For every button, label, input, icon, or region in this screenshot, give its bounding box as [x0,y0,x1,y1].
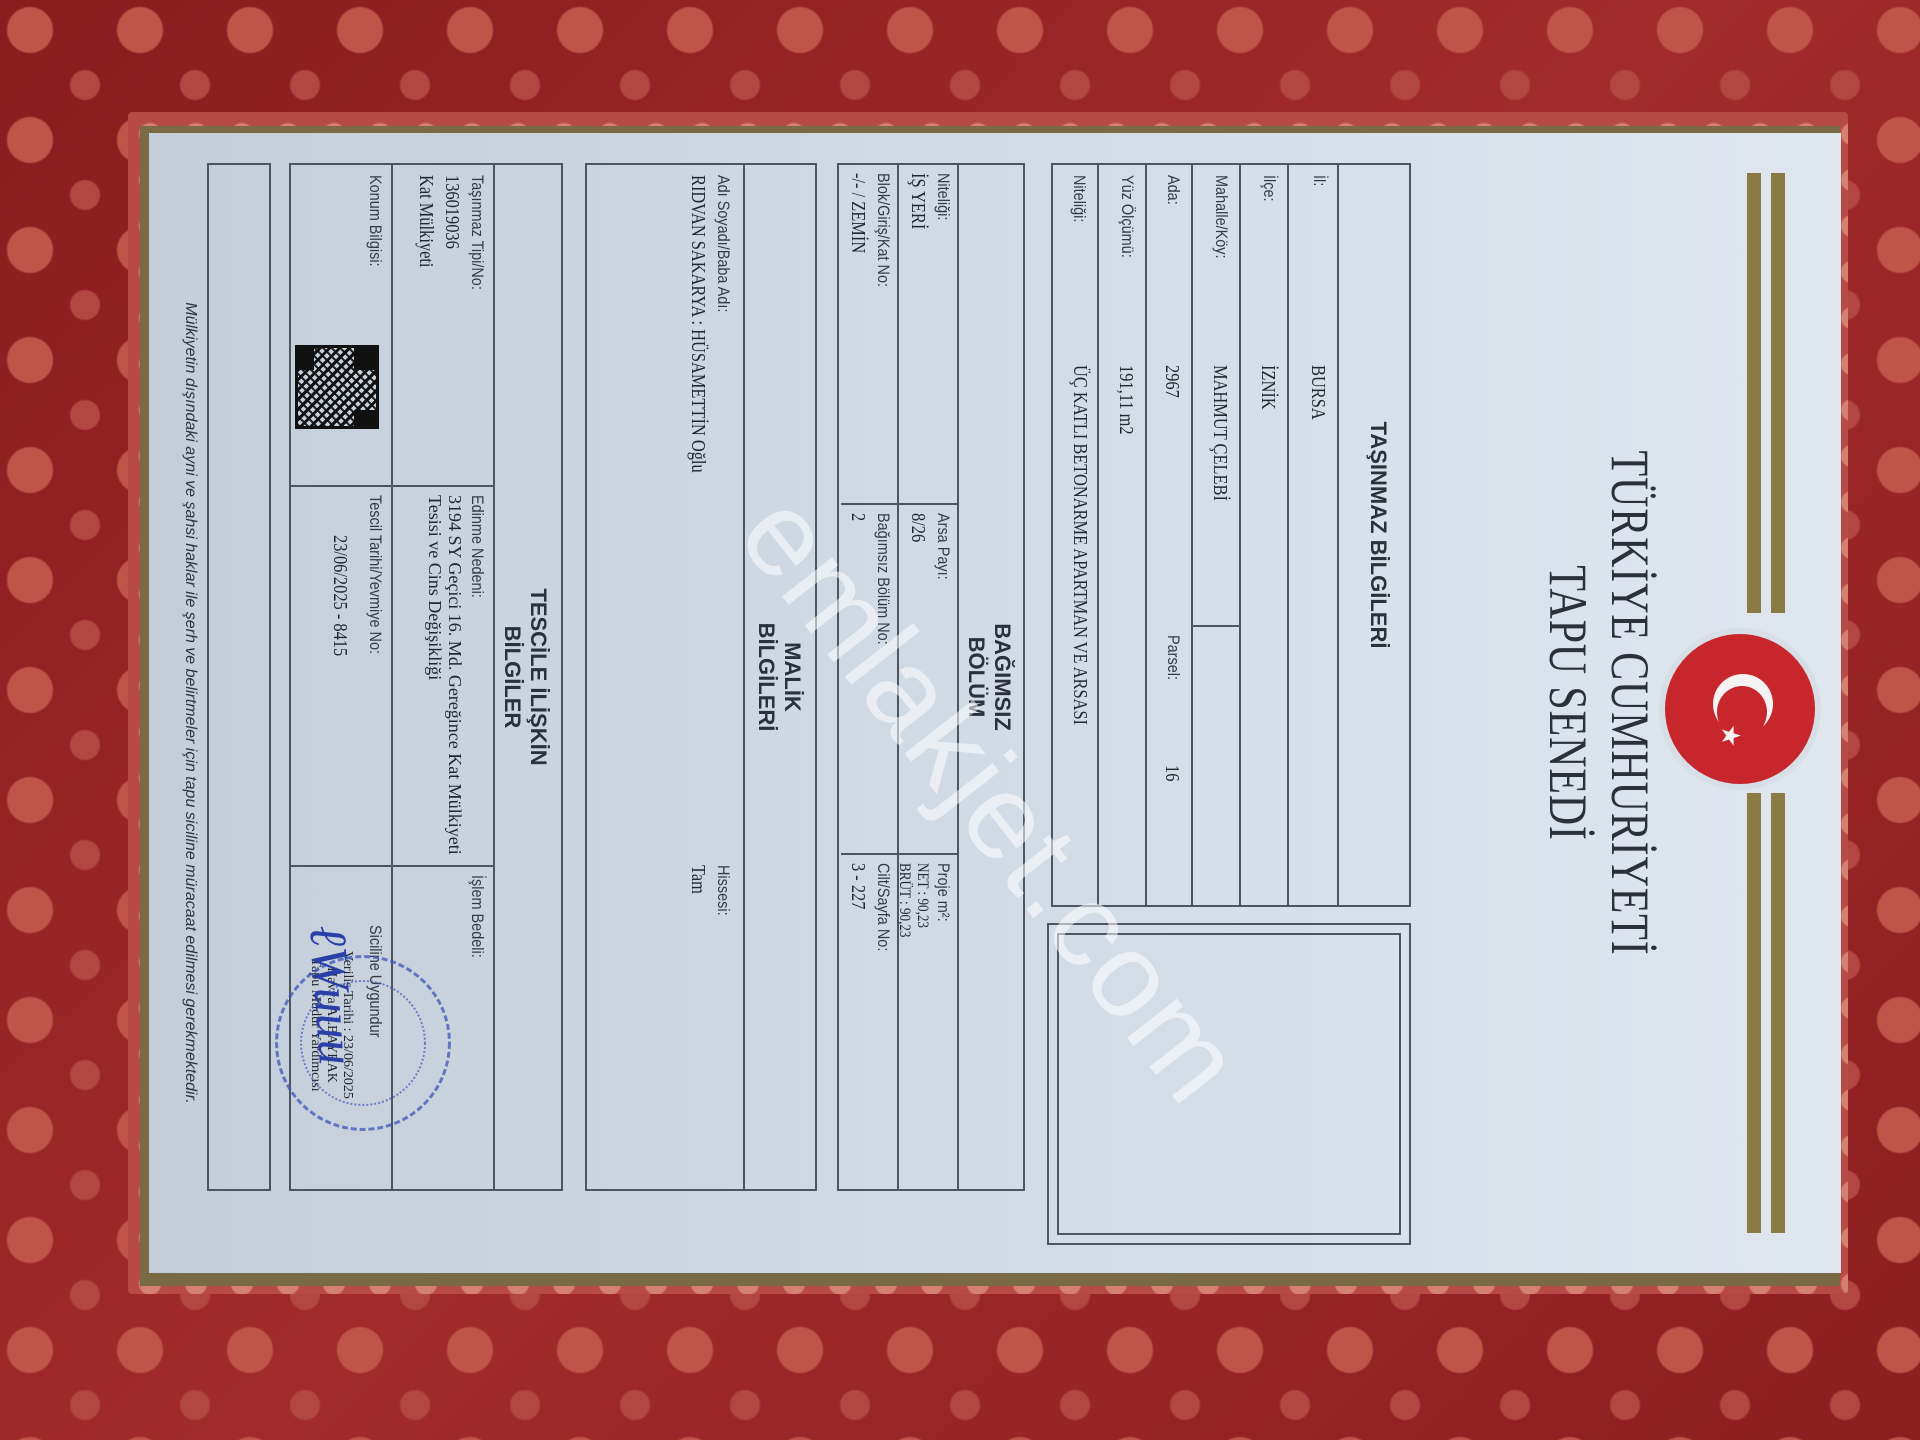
niteligi-label: Niteliği: [1069,175,1089,222]
gold-band-right-2 [1747,793,1761,1233]
blok-label: Blok/Giriş/Kat No: [873,173,893,287]
document-title: TÜRKİYE CUMHURİYETİ TAPU SENEDİ [1537,258,1661,1147]
mahalle-value: MAHMUT ÇELEBİ [1208,365,1231,501]
edinme-value: 3194 SY Geçici 16. Md. Gereğince Kat Mül… [425,495,465,855]
title-line-1: TÜRKİYE CUMHURİYETİ [1599,258,1661,1147]
owner-name-label: Adı Soyadı/Baba Adı: [713,175,733,312]
qr-code-icon[interactable] [295,345,379,429]
owner-name-value: RIDVAN SAKARYA : HÜSAMETTİN Oğlu [686,175,709,473]
unit-niteligi-value: İŞ YERİ [906,173,929,229]
ilce-value: İZNİK [1256,365,1279,410]
section-heading-line-2: BİLGİLER [499,165,525,1189]
crescent-star-icon: ★ [1659,628,1821,790]
owner-info-section: MALİK BİLGİLERİ Adı Soyadı/Baba Adı: RID… [585,163,817,1191]
il-value: BURSA [1306,365,1329,420]
ilce-label: İlçe: [1259,175,1279,202]
tip-label: Taşınmaz Tipi/No: [467,175,487,290]
ada-value: 2967 [1160,365,1183,398]
mahalle-label: Mahalle/Köy: [1211,175,1231,259]
arsa-payi-value: 8/26 [906,513,929,542]
share-label: Hissesi: [713,865,733,916]
ada-label: Ada: [1163,175,1183,205]
cilt-label: Cilt/Sayfa No: [873,863,893,951]
yuzolcumu-label: Yüz Ölçümü: [1117,175,1137,258]
section-heading-line-1: MALİK [779,165,805,1189]
arsa-payi-label: Arsa Payı: [933,513,953,580]
tip-value: Kat Mülkiyeti [414,175,437,267]
edinme-label: Edinme Nedeni: [467,495,487,598]
section-heading-line-1: TESCİLE İLİŞKİN [525,165,551,1189]
property-info-section: TAŞINMAZ BİLGİLERİ İl: BURSA İlçe: İZNİK… [1097,163,1411,907]
gold-band-left [1771,173,1785,613]
proje-net-value: NET : 90,23 [913,863,931,928]
gold-band-left-2 [1747,173,1761,613]
title-line-2: TAPU SENEDİ [1537,258,1599,1147]
yuzolcumu-value: 191,11 m2 [1114,365,1137,435]
konum-label: Konum Bilgisi: [365,175,385,267]
islem-label: İşlem Bedeli: [467,875,487,958]
proje-label: Proje m²: [933,863,953,922]
signature: ℓWuuu [297,923,366,1067]
blok-value: -/- / ZEMİN [846,173,869,253]
cilt-value: 3 - 227 [846,863,869,909]
section-heading-line-2: BİLGİLERİ [753,165,779,1189]
section-heading: TAŞINMAZ BİLGİLERİ [1365,165,1391,905]
title-deed-document: ★ TÜRKİYE CUMHURİYETİ TAPU SENEDİ TAŞINM… [149,133,1841,1273]
parsel-label: Parsel: [1163,635,1183,680]
registration-info-section: TESCİLE İLİŞKİN BİLGİLER Taşınmaz Tipi/N… [289,163,563,1191]
il-label: İl: [1309,175,1329,186]
share-value: Tam [686,865,709,894]
blank-box [207,163,271,1191]
proje-brut-value: BRÜT : 90,23 [895,863,913,937]
tescil-tarihi-value: 23/06/2025 - 8415 [328,535,351,656]
tip-no-value: 136019036 [440,175,463,249]
unit-niteligi-label: Niteliği: [933,173,953,220]
niteligi-value: ÜÇ KATLI BETONARME APARTMAN VE ARSASI [1068,365,1091,725]
parsel-value: 16 [1160,765,1183,781]
gold-band-right [1771,793,1785,1233]
tescil-tarihi-label: Tescil Tarihi/Yevmiye No: [365,495,385,654]
footer-note: Mülkiyetin dışındaki ayni ve şahsi hakla… [181,133,199,1273]
document-header: ★ TÜRKİYE CUMHURİYETİ TAPU SENEDİ [1401,133,1841,1273]
